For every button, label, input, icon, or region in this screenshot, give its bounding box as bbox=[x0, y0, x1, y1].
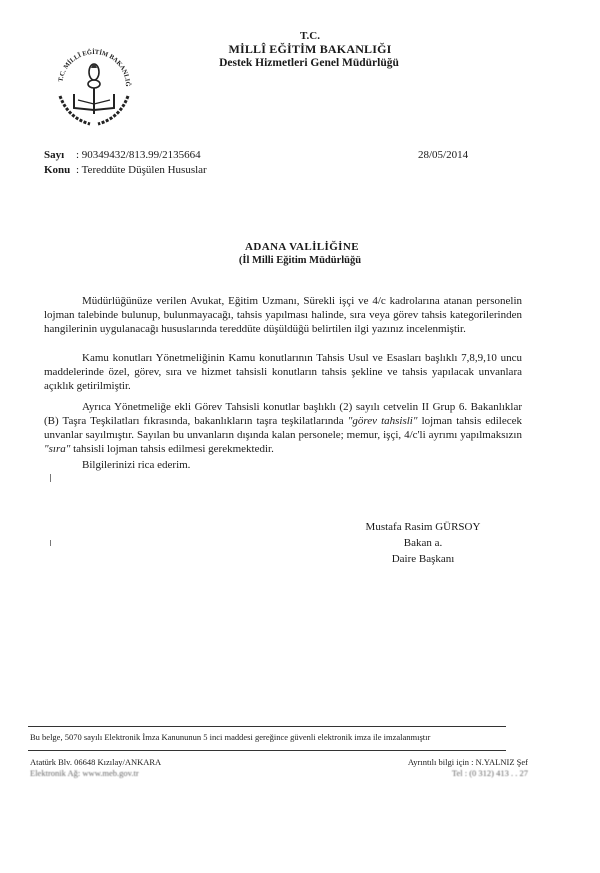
number-label: Sayı bbox=[44, 149, 76, 161]
signatory-role-1: Bakan a. bbox=[348, 535, 498, 551]
footer-contact-block: Ayrıntılı bilgi için : N.YALNIZ Şef Tel … bbox=[368, 757, 528, 779]
ministry-name: MİLLÎ EĞİTİM BAKANLIĞI bbox=[10, 42, 600, 57]
signature-block: Mustafa Rasim GÜRSOY Bakan a. Daire Başk… bbox=[348, 519, 498, 567]
footer-address: Atatürk Blv. 06648 Kızılay/ANKARA bbox=[30, 757, 161, 768]
footer-address-block: Atatürk Blv. 06648 Kızılay/ANKARA Elektr… bbox=[30, 757, 161, 779]
subject-label: Konu bbox=[44, 164, 76, 176]
p3-emphasis-sira: "sıra" bbox=[44, 443, 70, 455]
number-value: : 90349432/813.99/2135664 bbox=[76, 149, 201, 161]
body-paragraph-1: Müdürlüğünüze verilen Avukat, Eğitim Uzm… bbox=[44, 294, 522, 336]
footer-web: Elektronik Ağ: www.meb.gov.tr bbox=[30, 768, 161, 779]
footer-phone: Tel : (0 312) 413 . . 27 bbox=[368, 768, 528, 779]
body-paragraph-3: Ayrıca Yönetmeliğe ekli Görev Tahsisli k… bbox=[44, 400, 522, 456]
p3-part-c: tahsisli lojman tahsis edilmesi gerekmek… bbox=[70, 443, 273, 455]
footer-divider-bottom bbox=[28, 750, 506, 751]
body-paragraph-2: Kamu konutları Yönetmeliğinin Kamu konut… bbox=[44, 351, 522, 393]
scan-mark bbox=[50, 540, 51, 546]
body-closing: Bilgilerinizi rica ederim. bbox=[44, 458, 522, 472]
subject-value: : Tereddüte Düşülen Hususlar bbox=[76, 164, 207, 176]
addressee-subtitle: (İl Milli Eğitim Müdürlüğü bbox=[0, 255, 600, 266]
document-date: 28/05/2014 bbox=[418, 149, 468, 161]
esign-note: Bu belge, 5070 sayılı Elektronik İmza Ka… bbox=[30, 732, 510, 742]
header-tc: T.C. bbox=[10, 30, 600, 42]
signatory-name: Mustafa Rasim GÜRSOY bbox=[348, 519, 498, 535]
department-name: Destek Hizmetleri Genel Müdürlüğü bbox=[9, 57, 600, 69]
signatory-role-2: Daire Başkanı bbox=[348, 551, 498, 567]
document-number: Sayı: 90349432/813.99/2135664 bbox=[44, 149, 201, 161]
document-subject: Konu: Tereddüte Düşülen Hususlar bbox=[44, 164, 207, 176]
addressee-title: ADANA VALİLİĞİNE bbox=[2, 241, 600, 253]
footer-contact: Ayrıntılı bilgi için : N.YALNIZ Şef bbox=[368, 757, 528, 768]
scan-mark bbox=[50, 474, 51, 482]
p3-emphasis-gorev: "görev tahsisli" bbox=[348, 415, 418, 427]
footer-divider-top bbox=[28, 726, 506, 727]
